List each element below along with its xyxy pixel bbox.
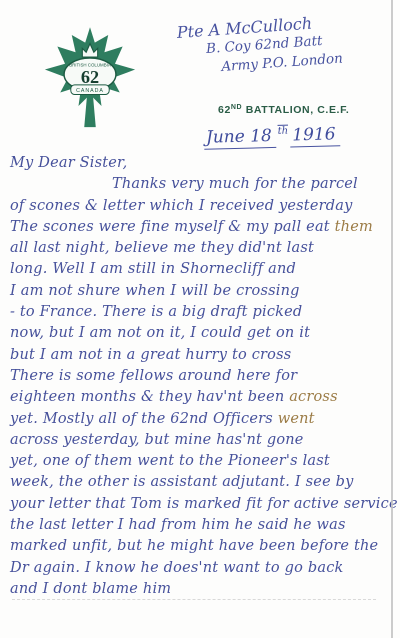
letterhead-title: BATTALION, C.E.F.: [242, 104, 349, 116]
body-line: Dr again. I know he does'nt want to go b…: [10, 558, 384, 579]
crest-number: 62: [81, 67, 99, 87]
body-line: eighteen months & they hav'nt been acros…: [10, 387, 384, 408]
battalion-letterhead: 62ND BATTALION, C.E.F.: [218, 104, 349, 116]
faded-ink-word: went: [278, 411, 315, 427]
body-line: There is some fellows around here for: [10, 366, 384, 387]
body-line: but I am not in a great hurry to cross: [10, 345, 384, 366]
body-line: all last night, believe me they did'nt l…: [10, 238, 384, 259]
faded-ink-word: them: [335, 219, 373, 235]
body-line: marked unfit, but he might have been bef…: [10, 536, 384, 557]
date-year: 1916: [290, 124, 340, 147]
body-line: the last letter I had from him he said h…: [10, 515, 384, 536]
letter-body: My Dear Sister,Thanks very much for the …: [10, 153, 384, 600]
body-line: your letter that Tom is marked fit for a…: [10, 494, 384, 515]
body-line: Thanks very much for the parcel: [10, 174, 384, 195]
address-block: Pte A McCulloch B. Coy 62nd Batt Army P.…: [176, 9, 379, 80]
body-line: I am not shure when I will be crossing: [10, 281, 384, 302]
body-line: yet, one of them went to the Pioneer's l…: [10, 451, 384, 472]
body-line: now, but I am not on it, I could get on …: [10, 323, 384, 344]
letterhead-number: 62: [218, 104, 231, 116]
body-line: long. Well I am still in Shornecliff and: [10, 259, 384, 280]
body-line: The scones were fine myself & my pall ea…: [10, 217, 384, 238]
faded-ink-word: across: [289, 389, 338, 405]
leaf-stem: [84, 94, 96, 127]
body-line: - to France. There is a big draft picked: [10, 302, 384, 323]
date-ordinal: th: [276, 126, 291, 137]
date-main: June 18: [204, 126, 276, 150]
body-line: yet. Mostly all of the 62nd Officers wen…: [10, 409, 384, 430]
paper-edge-line: [391, 0, 393, 638]
body-line: and I dont blame him: [10, 579, 384, 600]
date-line: June 18th1916: [204, 124, 340, 148]
body-line: of scones & letter which I received yest…: [10, 196, 384, 217]
body-line: My Dear Sister,: [10, 153, 384, 174]
maple-leaf-crest-icon: BRITISH COLUMBIA 62 CANADA: [42, 22, 138, 142]
crest-country-text: CANADA: [76, 88, 104, 94]
letter-scan: BRITISH COLUMBIA 62 CANADA Pte A McCullo…: [0, 0, 400, 638]
letterhead-ordinal: ND: [231, 104, 242, 111]
body-line: week, the other is assistant adjutant. I…: [10, 472, 384, 493]
body-line: across yesterday, but mine has'nt gone: [10, 430, 384, 451]
ruled-line: [12, 599, 376, 600]
